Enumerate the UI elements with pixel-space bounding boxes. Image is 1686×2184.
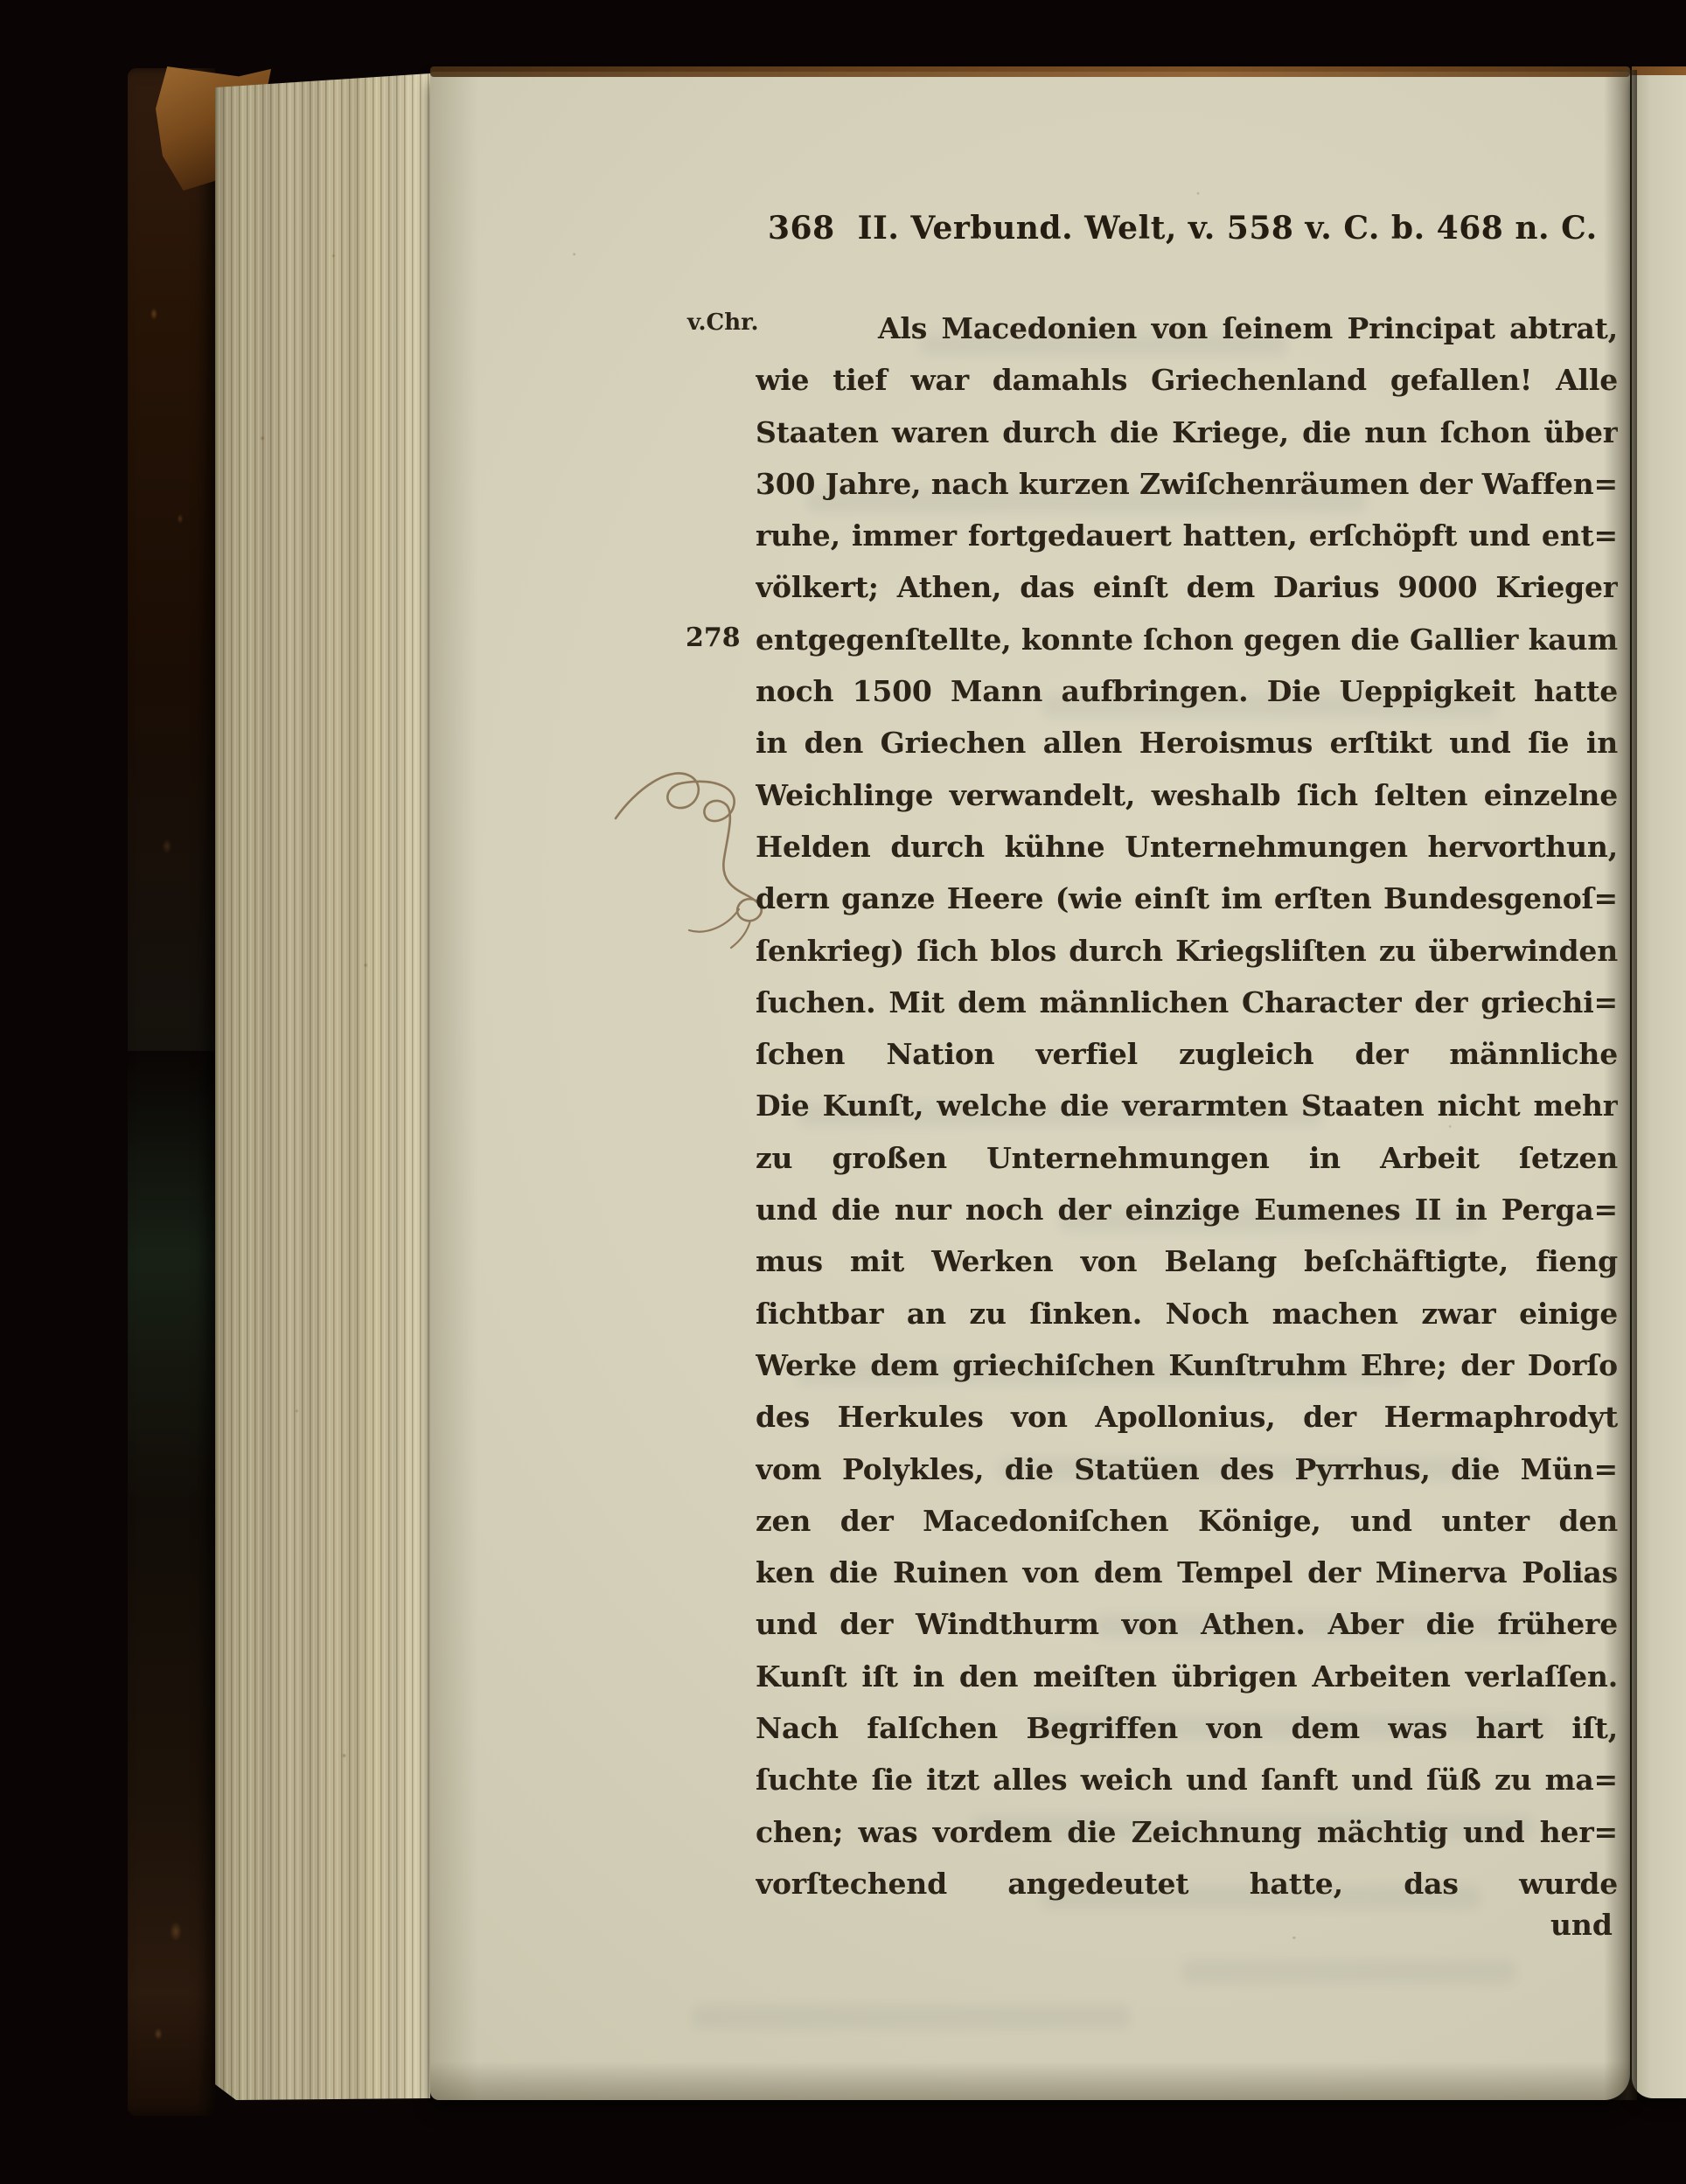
text-line: zen der Macedoniſchen Könige, und unter … (756, 1495, 1618, 1547)
gutter-shadow (1604, 70, 1637, 2100)
text-line: Werke dem griechiſchen Kunſtruhm Ehre; d… (756, 1339, 1618, 1391)
text-line: vorſtechend angedeutet hatte, das wurde … (756, 1858, 1618, 1909)
text-line: des Herkules von Apollonius, der Hermaph… (756, 1391, 1618, 1443)
text-line: ruhe, immer fortgedauert hatten, erſchöp… (756, 510, 1618, 561)
running-head: 368 II. Verbund. Welt, v. 558 v. C. b. 4… (768, 210, 1598, 247)
text-line: und der Windthurm von Athen. Aber die fr… (756, 1598, 1618, 1650)
page-number: 368 (768, 210, 835, 247)
text-line: Helden durch kühne Unternehmungen hervor… (756, 821, 1618, 873)
text-line: völkert; Athen, das einſt dem Darius 900… (756, 561, 1618, 613)
book-scan: 368 II. Verbund. Welt, v. 558 v. C. b. 4… (0, 0, 1686, 2184)
running-head-title: II. Verbund. Welt, v. 558 v. C. b. 468 n… (858, 210, 1598, 247)
margin-note-278: 278 (686, 623, 741, 653)
ink-bleed-mark (1182, 1960, 1515, 1983)
text-line: vom Polykles, die Statüen des Pyrrhus, d… (756, 1443, 1618, 1495)
margin-note-vchr: v.Chr. (687, 310, 759, 336)
text-line: ſuchen. Mit dem männlichen Character der… (756, 977, 1618, 1028)
text-line: dern ganze Heere (wie einſt im erſten Bu… (756, 873, 1618, 924)
text-line: ſenkrieg) ſich blos durch Kriegsliſten z… (756, 925, 1618, 977)
text-line: und die nur noch der einzige Eumenes II … (756, 1184, 1618, 1235)
body-text: Als Macedonien von ſeinem Principat abtr… (756, 303, 1618, 1909)
text-line: noch 1500 Mann aufbringen. Die Ueppigkei… (756, 665, 1618, 717)
text-line: wie tief war damahls Griechenland gefall… (756, 354, 1618, 406)
book-cover-edge (128, 68, 215, 2116)
text-line: 300 Jahre, nach kurzen Zwiſchenräumen de… (756, 458, 1618, 510)
text-line: zu großen Unternehmungen in Arbeit ſetze… (756, 1132, 1618, 1184)
text-line: Nach falſchen Begriffen von dem was hart… (756, 1702, 1618, 1754)
page-edges-stack (215, 73, 430, 2100)
book-page: 368 II. Verbund. Welt, v. 558 v. C. b. 4… (430, 72, 1630, 2100)
text-line: entgegenſtellte, konnte ſchon gegen die … (756, 614, 1618, 665)
text-line: Kunſt iſt in den meiſten übrigen Arbeite… (756, 1651, 1618, 1702)
text-line: ſichtbar an zu ſinken. Noch machen zwar … (756, 1288, 1618, 1339)
text-line: Als Macedonien von ſeinem Principat abtr… (756, 303, 1618, 354)
text-line: ken die Ruinen von dem Tempel der Minerv… (756, 1547, 1618, 1598)
adjacent-page-strip (1632, 70, 1686, 2098)
text-line: in den Griechen allen Heroismus erſtikt … (756, 717, 1618, 769)
text-line: Die Kunſt, welche die verarmten Staaten … (756, 1080, 1618, 1131)
text-line: Weichlinge verwandelt, weshalb ſich ſelt… (756, 769, 1618, 821)
ink-bleed-mark (693, 2006, 1130, 2028)
text-line: Staaten waren durch die Kriege, die nun … (756, 407, 1618, 458)
text-line: chen; was vordem die Zeichnung mächtig u… (756, 1806, 1618, 1858)
text-line: ſchen Nation verfiel zugleich der männli… (756, 1028, 1618, 1080)
catchword: und (756, 1908, 1613, 1942)
text-line: ſuchte ſie itzt alles weich und ſanft un… (756, 1754, 1618, 1805)
text-line: mus mit Werken von Belang beſchäftigte, … (756, 1235, 1618, 1287)
